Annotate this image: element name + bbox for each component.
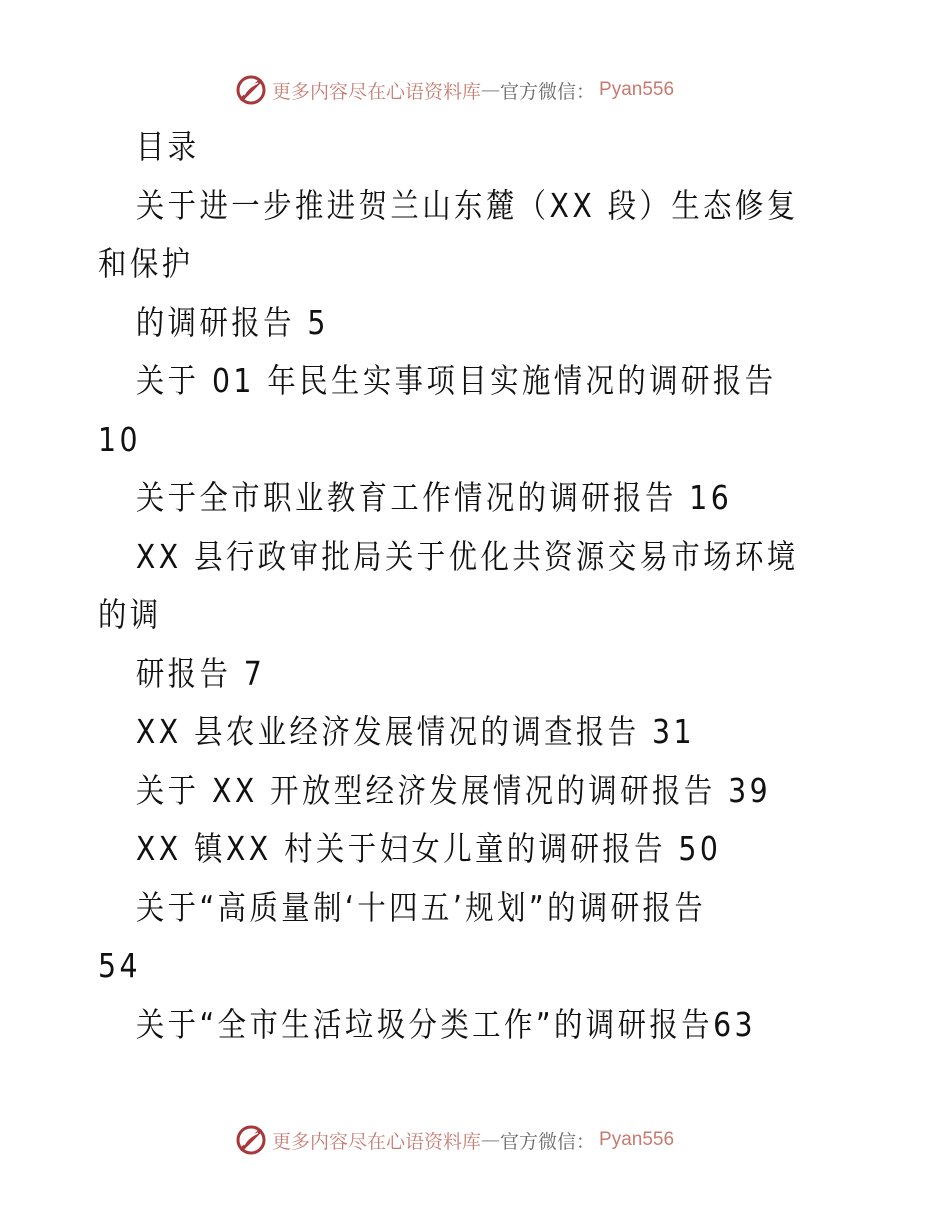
toc-line: 关于 XX 开放型经济发展情况的调研报告 39 <box>98 762 752 821</box>
footer-watermark: 更多内容尽在心语资料库 — 官方微信： Pyan556 <box>234 1120 674 1160</box>
toc-line: 研报告 7 <box>98 645 752 704</box>
watermark-brand-text: 更多内容尽在心语资料库 <box>272 77 481 104</box>
quill-logo-icon <box>234 73 268 107</box>
toc-line: XX 县农业经济发展情况的调查报告 31 <box>98 703 752 762</box>
toc-line: 关于全市职业教育工作情况的调研报告 16 <box>98 469 752 528</box>
watermark-official-label: 官方微信： <box>500 1127 595 1154</box>
watermark-official-label: 官方微信： <box>500 77 595 104</box>
table-of-contents: 目录 关于进一步推进贺兰山东麓（XX 段）生态修复 和保护 的调研报告 5 关于… <box>98 118 858 1054</box>
toc-line: 和保护 <box>98 235 752 294</box>
watermark-wechat-id: Pyan556 <box>599 79 674 101</box>
watermark-dash: — <box>481 79 500 101</box>
quill-logo-icon <box>234 1123 268 1157</box>
toc-line: XX 县行政审批局关于优化共资源交易市场环境 <box>98 528 752 587</box>
toc-line: 10 <box>98 411 752 470</box>
toc-line: 关于“高质量制‘十四五’规划”的调研报告 <box>98 879 752 938</box>
toc-line: 54 <box>98 937 752 996</box>
toc-title: 目录 <box>98 118 752 177</box>
watermark-wechat-id: Pyan556 <box>599 1129 674 1151</box>
watermark-brand-text: 更多内容尽在心语资料库 <box>272 1127 481 1154</box>
watermark-dash: — <box>481 1129 500 1151</box>
toc-line: 关于“全市生活垃圾分类工作”的调研报告63 <box>98 996 752 1055</box>
toc-line: 关于 01 年民生实事项目实施情况的调研报告 <box>98 352 752 411</box>
toc-line: 的调研报告 5 <box>98 294 752 353</box>
toc-line: XX 镇XX 村关于妇女儿童的调研报告 50 <box>98 820 752 879</box>
header-watermark: 更多内容尽在心语资料库 — 官方微信： Pyan556 <box>234 70 674 110</box>
toc-line: 的调 <box>98 586 752 645</box>
toc-line: 关于进一步推进贺兰山东麓（XX 段）生态修复 <box>98 177 752 236</box>
